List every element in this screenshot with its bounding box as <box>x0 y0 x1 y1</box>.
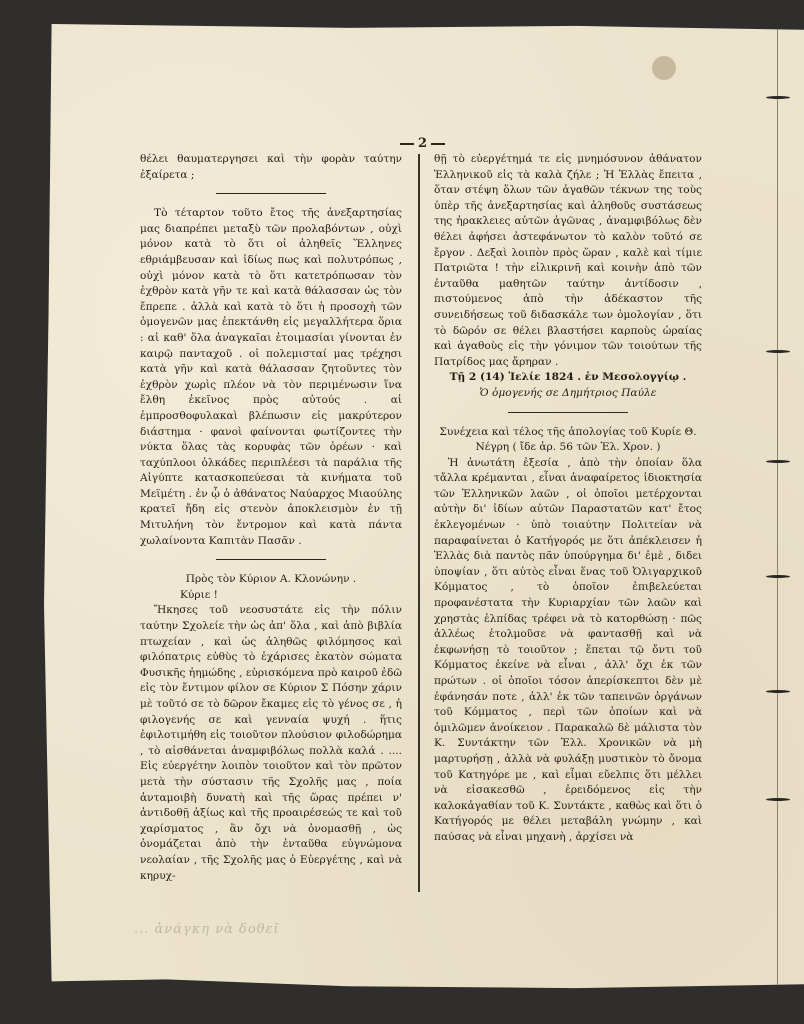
article-independence: Τὸ τέταρτον τοῦτο ἔτος τῆς ἀνεξαρτησίας … <box>140 206 402 549</box>
date-line: Τῇ 2 (14) Ἰελίε 1824 . ἐν Μεσολογγίῳ . <box>434 370 702 386</box>
continuation-text: θέλει θαυματεργησει καὶ τὴν φορὰν ταύτην… <box>140 152 402 183</box>
left-column: θέλει θαυματεργησει καὶ τὴν φορὰν ταύτην… <box>140 152 402 884</box>
binding-stitch <box>766 690 790 693</box>
newspaper-page: ... ἀνάγκη νὰ δοθεῖ 2 θέλει θαυματεργησε… <box>44 24 804 992</box>
faint-handwriting: ... ἀνάγκη νὰ δοθεῖ <box>134 922 280 937</box>
signature: Ὁ ὁμογενής σε Δημήτριος Παύλε <box>434 386 702 402</box>
binding-stitch <box>766 350 790 353</box>
letter-salutation: Κύριε ! <box>140 588 402 604</box>
right-column: θῇ τὸ εὐεργέτημά τε εἰς μνημόσυνον ἀθάνα… <box>434 152 702 846</box>
article2-body: Ἡ ἀνωτάτη ἐξεσία , ἀπὸ τὴν ὁποίαν ὅλα τἄ… <box>434 456 702 846</box>
binding-stitch <box>766 96 790 99</box>
dash-decoration <box>431 143 445 145</box>
page-number-text: 2 <box>418 136 427 151</box>
article2-heading-line2: Νέγρη ( ἴδε ἀρ. 56 τῶν Ἑλ. Χρον. ) <box>434 440 702 456</box>
section-rule <box>508 412 628 413</box>
section-rule <box>216 193 326 194</box>
letter-body: Ἤκησες τοῦ νεοσυστάτε εἰς τὴν πόλιν ταύτ… <box>140 603 402 884</box>
water-stain <box>652 56 676 80</box>
letter-heading: Πρὸς τὸν Κύριον Α. Κλονώνην . <box>140 572 402 588</box>
article2-heading-line1: Συνέχεια καὶ τέλος τῆς ἀπολογίας τοῦ Κυρ… <box>434 425 702 441</box>
fold-line <box>777 24 778 992</box>
binding-stitch <box>766 460 790 463</box>
dash-decoration <box>400 143 414 145</box>
page-number: 2 <box>396 136 449 151</box>
column-divider <box>418 154 420 892</box>
letter-continuation: θῇ τὸ εὐεργέτημά τε εἰς μνημόσυνον ἀθάνα… <box>434 152 702 370</box>
binding-stitch <box>766 575 790 578</box>
binding-stitch <box>766 798 790 801</box>
section-rule <box>216 559 326 560</box>
